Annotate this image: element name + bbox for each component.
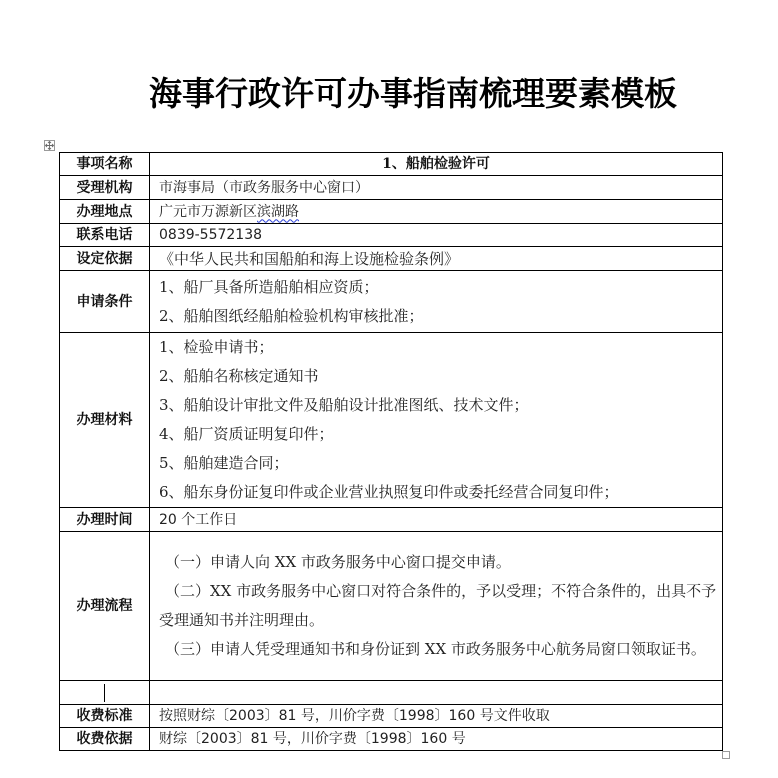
table-row-processing-time: 办理时间 20 个工作日 — [60, 508, 723, 532]
processing-time-value[interactable]: 20 个工作日 — [150, 508, 723, 532]
material-item: 6、船东身份证复印件或企业营业执照复印件或委托经营合同复印件； — [159, 478, 718, 507]
row-label: 收费标准 — [60, 705, 150, 728]
fee-standard-value[interactable]: 按照财综〔2003〕81 号，川价字费〔1998〕160 号文件收取 — [150, 705, 723, 728]
row-label: 申请条件 — [60, 271, 150, 333]
row-label: 办理地点 — [60, 200, 150, 224]
empty-value-cell[interactable] — [150, 681, 723, 705]
table-row-legal-basis: 设定依据 《中华人民共和国船舶和海上设施检验条例》 — [60, 247, 723, 271]
document-title: 海事行政许可办事指南梳理要素模板 — [0, 68, 778, 115]
table-row-fee-standard: 收费标准 按照财综〔2003〕81 号，川价字费〔1998〕160 号文件收取 — [60, 705, 723, 728]
location-value[interactable]: 广元市万源新区滨湖路 — [150, 200, 723, 224]
material-item: 5、船舶建造合同； — [159, 449, 718, 478]
process-step: （一）申请人向 XX 市政务服务中心窗口提交申请。 — [159, 548, 718, 577]
row-label: 联系电话 — [60, 224, 150, 247]
row-label: 设定依据 — [60, 247, 150, 271]
legal-basis-value[interactable]: 《中华人民共和国船舶和海上设施检验条例》 — [150, 247, 723, 271]
row-label: 事项名称 — [60, 153, 150, 176]
row-label: 办理流程 — [60, 532, 150, 681]
material-item: 2、船舶名称核定通知书 — [159, 362, 718, 391]
materials-value[interactable]: 1、检验申请书； 2、船舶名称核定通知书 3、船舶设计审批文件及船舶设计批准图纸… — [150, 333, 723, 508]
table-row-conditions: 申请条件 1、船厂具备所造船舶相应资质； 2、船舶图纸经船舶检验机构审核批准； — [60, 271, 723, 333]
row-label: 收费依据 — [60, 728, 150, 751]
row-label: 受理机构 — [60, 176, 150, 200]
material-item: 1、检验申请书； — [159, 333, 718, 362]
accepting-agency-value[interactable]: 市海事局（市政务服务中心窗口） — [150, 176, 723, 200]
table-row-fee-basis: 收费依据 财综〔2003〕81 号，川价字费〔1998〕160 号 — [60, 728, 723, 751]
condition-item: 1、船厂具备所造船舶相应资质； — [159, 273, 718, 302]
item-name-value[interactable]: 1、船舶检验许可 — [150, 153, 723, 176]
text-cursor — [104, 684, 105, 702]
fee-basis-value[interactable]: 财综〔2003〕81 号，川价字费〔1998〕160 号 — [150, 728, 723, 751]
table-row-accepting-agency: 受理机构 市海事局（市政务服务中心窗口） — [60, 176, 723, 200]
table-resize-handle-icon[interactable] — [722, 751, 730, 759]
process-value[interactable]: （一）申请人向 XX 市政务服务中心窗口提交申请。 （二）XX 市政务服务中心窗… — [150, 532, 723, 681]
process-step: （二）XX 市政务服务中心窗口对符合条件的，予以受理；不符合条件的，出具不予受理… — [159, 577, 718, 635]
empty-label-cell[interactable] — [60, 681, 150, 705]
material-item: 4、船厂资质证明复印件； — [159, 420, 718, 449]
phone-value[interactable]: 0839-5572138 — [150, 224, 723, 247]
table-row-process: 办理流程 （一）申请人向 XX 市政务服务中心窗口提交申请。 （二）XX 市政务… — [60, 532, 723, 681]
table-row-materials: 办理材料 1、检验申请书； 2、船舶名称核定通知书 3、船舶设计审批文件及船舶设… — [60, 333, 723, 508]
conditions-value[interactable]: 1、船厂具备所造船舶相应资质； 2、船舶图纸经船舶检验机构审核批准； — [150, 271, 723, 333]
spellcheck-flagged-text[interactable]: 滨湖路 — [257, 204, 299, 220]
row-label: 办理时间 — [60, 508, 150, 532]
table-row-location: 办理地点 广元市万源新区滨湖路 — [60, 200, 723, 224]
table-move-handle-icon[interactable] — [44, 140, 55, 151]
guide-table: 事项名称 1、船舶检验许可 受理机构 市海事局（市政务服务中心窗口） 办理地点 … — [59, 152, 723, 751]
row-label: 办理材料 — [60, 333, 150, 508]
table-row-item-name: 事项名称 1、船舶检验许可 — [60, 153, 723, 176]
material-item: 3、船舶设计审批文件及船舶设计批准图纸、技术文件； — [159, 391, 718, 420]
condition-item: 2、船舶图纸经船舶检验机构审核批准； — [159, 302, 718, 331]
location-text: 广元市万源新区 — [159, 204, 257, 220]
process-step: （三）申请人凭受理通知书和身份证到 XX 市政务服务中心航务局窗口领取证书。 — [159, 635, 718, 664]
table-row-phone: 联系电话 0839-5572138 — [60, 224, 723, 247]
table-row-empty — [60, 681, 723, 705]
